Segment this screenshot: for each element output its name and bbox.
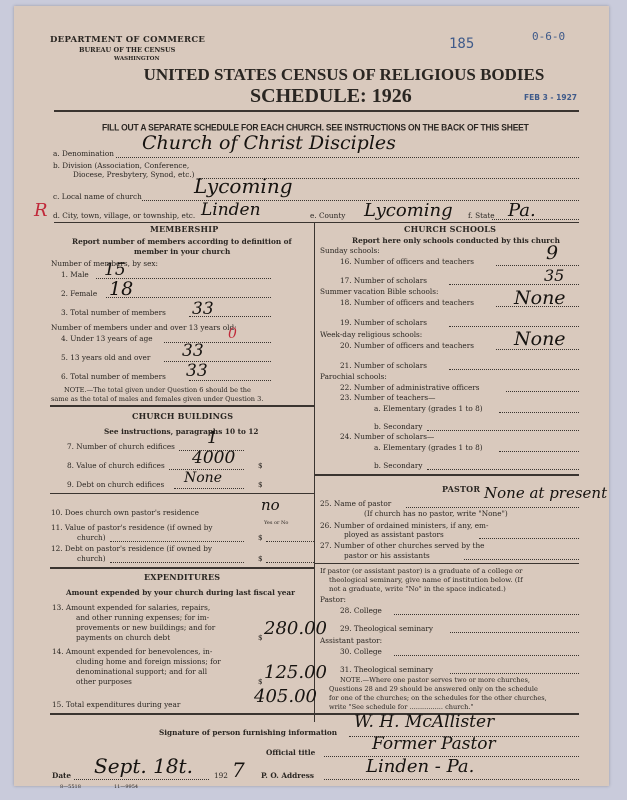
pastor-name-hint: (If church has no pastor, write "None") <box>364 509 508 518</box>
salaries-label: 13. Amount expended for salaries, repair… <box>52 603 215 643</box>
denomination-line <box>116 157 579 158</box>
salaries-label-line: 13. Amount expended for salaries, repair… <box>52 603 215 613</box>
benevolences-field[interactable]: 125.00 <box>264 662 327 683</box>
schools-rule <box>314 474 579 476</box>
pastor-heading: PASTOR <box>442 484 480 494</box>
residence-value-label: 11. Value of pastor's residence (if owne… <box>51 523 213 532</box>
signature-field[interactable]: W. H. McAllister <box>354 712 494 732</box>
signature-label: Signature of person furnishing informati… <box>159 728 337 737</box>
salaries-label-line: payments on church debt <box>52 633 215 643</box>
denomination-field[interactable]: Church of Christ Disciples <box>142 132 396 154</box>
assistant-seminary-label: 31. Theological seminary <box>340 665 433 674</box>
church-name-field[interactable]: Lycoming <box>194 174 293 198</box>
weekday-scholars-label: 21. Number of scholars <box>340 361 427 370</box>
pastor-seminary-label: 29. Theological seminary <box>340 624 433 633</box>
buildings-rule <box>50 493 314 494</box>
expenditures-heading: EXPENDITURES <box>144 572 220 582</box>
po-address-label: P. O. Address <box>261 771 314 780</box>
pastor-name-line <box>406 507 579 508</box>
city-heading: WASHINGTON <box>114 56 159 62</box>
schools-subheading: Report here only schools conducted by th… <box>352 236 560 245</box>
form-title: UNITED STATES CENSUS OF RELIGIOUS BODIES <box>109 65 579 85</box>
owns-residence-field[interactable]: no <box>261 496 280 514</box>
sunday-teachers-label: 16. Number of officers and teachers <box>340 257 474 266</box>
pastor-rule <box>314 563 579 564</box>
scholars-count-label: 24. Number of scholars— <box>340 432 434 441</box>
po-address-line <box>324 779 579 780</box>
sunday-teachers-field[interactable]: 9 <box>546 242 558 264</box>
sunday-teachers-line <box>496 265 579 266</box>
form-code-1: 8—5518 <box>60 784 81 790</box>
summer-teachers-label: 18. Number of officers and teachers <box>340 298 474 307</box>
received-date-stamp: FEB 3 - 1927 <box>524 93 577 102</box>
yes-no-hint: Yes or No <box>264 520 288 526</box>
age-group-label: Number of members under and over 13 year… <box>51 323 237 332</box>
summer-schools-label: Summer vacation Bible schools: <box>320 287 438 296</box>
pastor-note-4: write "See schedule for ................… <box>329 703 474 711</box>
weekday-teachers-field[interactable]: None <box>514 328 566 350</box>
scholars-elementary-field[interactable] <box>499 451 579 452</box>
state-label: f. State <box>468 211 495 220</box>
buildings-subheading: See instructions, paragraphs 10 to 12 <box>104 427 259 436</box>
under-13-label: 4. Under 13 years of age <box>61 334 153 343</box>
male-label: 1. Male <box>61 270 89 279</box>
residence-value-field[interactable] <box>266 541 314 542</box>
teachers-secondary-label: b. Secondary <box>374 422 422 431</box>
year-field[interactable]: 7 <box>232 758 245 782</box>
membership-rule <box>50 405 314 407</box>
total-by-age-label: 6. Total number of members <box>61 372 166 381</box>
other-churches-label: 27. Number of other churches served by t… <box>320 541 484 550</box>
weekday-scholars-field[interactable] <box>449 369 579 370</box>
edifices-value-label: 8. Value of church edifices <box>67 461 165 470</box>
membership-subheading: Report number of members according to de… <box>72 237 292 246</box>
summer-scholars-field[interactable] <box>449 326 579 327</box>
teachers-elementary-field[interactable] <box>499 412 579 413</box>
expenditures-rule <box>50 713 579 715</box>
pastor-subsection-label: Pastor: <box>320 595 346 604</box>
bureau-heading: BUREAU OF THE CENSUS <box>79 46 175 54</box>
salaries-label-line: and other running expenses; for im- <box>52 613 215 623</box>
dollar-sign: $ <box>258 480 263 489</box>
other-churches-label-2: pastor or his assistants <box>344 551 430 560</box>
female-label: 2. Female <box>61 289 97 298</box>
official-title-label: Official title <box>266 748 315 757</box>
city-field[interactable]: Linden <box>201 200 261 220</box>
edifices-debt-line <box>174 488 244 489</box>
admin-officers-label: 22. Number of administrative officers <box>340 383 480 392</box>
benevolences-label-line: denominational support; and for all <box>52 667 221 677</box>
dollar-sign: $ <box>258 461 263 470</box>
weekday-teachers-label: 20. Number of officers and teachers <box>340 341 474 350</box>
form-code: 0-6-0 <box>532 30 565 43</box>
assistant-college-label: 30. College <box>340 647 382 656</box>
membership-note: NOTE.—The total given under Question 6 s… <box>64 386 251 394</box>
owns-residence-label: 10. Does church own pastor's residence <box>51 508 199 517</box>
po-address-field[interactable]: Linden - Pa. <box>366 756 474 777</box>
header-rule <box>54 110 579 112</box>
teachers-count-label: 23. Number of teachers— <box>340 393 435 402</box>
city-label: d. City, town, village, or township, etc… <box>53 211 195 220</box>
dollar-sign: $ <box>258 677 263 686</box>
assistant-ministers-field[interactable] <box>479 538 579 539</box>
sunday-scholars-label: 17. Number of scholars <box>340 276 427 285</box>
membership-heading: MEMBERSHIP <box>150 224 218 234</box>
graduate-instructions-3: not a graduate, write "No" in the space … <box>329 585 506 593</box>
section-rule <box>54 222 579 223</box>
teachers-secondary-field[interactable] <box>427 430 579 431</box>
benevolences-label-line: 14. Amount expended for benevolences, in… <box>52 647 221 657</box>
female-field[interactable]: 18 <box>109 278 133 300</box>
pastor-college-label: 28. College <box>340 606 382 615</box>
division-label-2: Diocese, Presbytery, Synod, etc.) <box>73 170 195 179</box>
pastor-note: NOTE.—Where one pastor serves two or mor… <box>340 676 530 684</box>
summer-teachers-field[interactable]: None <box>514 287 566 309</box>
date-field[interactable]: Sept. 18t. <box>94 754 193 778</box>
over-13-field[interactable]: 33 <box>182 341 204 361</box>
graduate-instructions: If pastor (or assistant pastor) is a gra… <box>320 567 522 575</box>
scholars-secondary-field[interactable] <box>427 469 579 470</box>
under-13-line <box>164 342 271 343</box>
date-line <box>74 779 209 780</box>
edifices-debt-field[interactable]: None <box>184 470 222 486</box>
division-label: b. Division (Association, Conference, <box>53 161 189 170</box>
pastor-note-3: for one of the churches; on the schedule… <box>329 694 547 702</box>
county-field[interactable]: Lycoming <box>364 200 453 221</box>
membership-subheading-2: member in your church <box>134 247 230 256</box>
sunday-scholars-field[interactable]: 35 <box>544 266 564 285</box>
assistant-college-field[interactable] <box>394 655 579 656</box>
residence-value-line <box>110 541 244 542</box>
assistant-pastor-label: Assistant pastor: <box>320 636 382 645</box>
scholars-secondary-label: b. Secondary <box>374 461 422 470</box>
summer-scholars-label: 19. Number of scholars <box>340 318 427 327</box>
pastor-note-2: Questions 28 and 29 should be answered o… <box>329 685 538 693</box>
membership-note-2: same as the total of males and females g… <box>51 395 263 403</box>
buildings-bottom-rule <box>50 567 314 569</box>
pastor-name-label: 25. Name of pastor <box>320 499 391 508</box>
department-heading: DEPARTMENT OF COMMERCE <box>50 35 205 45</box>
graduate-instructions-2: theological seminary, give name of insti… <box>329 576 523 584</box>
pastor-college-field[interactable] <box>394 614 579 615</box>
denomination-label: a. Denomination <box>53 149 114 158</box>
instruction-line: FILL OUT A SEPARATE SCHEDULE FOR EACH CH… <box>102 122 529 133</box>
buildings-heading: CHURCH BUILDINGS <box>132 411 233 421</box>
column-divider <box>314 222 315 722</box>
assistant-ministers-label-2: ployed as assistant pastors <box>344 530 444 539</box>
total-expenditures-field[interactable]: 405.00 <box>254 686 317 707</box>
benevolences-label-line: other purposes <box>52 677 221 687</box>
male-field[interactable]: 15 <box>104 260 126 280</box>
salaries-field[interactable]: 280.00 <box>264 618 327 639</box>
residence-debt-label: 12. Debt on pastor's residence (if owned… <box>51 544 212 553</box>
form-subtitle: SCHEDULE: 1926 <box>250 85 412 108</box>
stamp-number: 185 <box>449 36 474 52</box>
official-title-field[interactable]: Former Pastor <box>372 734 496 754</box>
state-field[interactable]: Pa. <box>508 200 536 221</box>
admin-officers-field[interactable] <box>506 391 579 392</box>
over-13-label: 5. 13 years old and over <box>61 353 150 362</box>
scholars-elementary-label: a. Elementary (grades 1 to 8) <box>374 443 483 452</box>
residence-value-label-2: church) <box>77 533 106 542</box>
dollar-sign: $ <box>258 633 263 642</box>
edifices-count-field[interactable]: 1 <box>207 428 218 448</box>
benevolences-label: 14. Amount expended for benevolences, in… <box>52 647 221 687</box>
schools-heading: CHURCH SCHOOLS <box>404 224 496 234</box>
county-label: e. County <box>310 211 345 220</box>
parochial-schools-label: Parochial schools: <box>320 372 387 381</box>
pastor-seminary-field[interactable] <box>450 632 579 633</box>
assistant-seminary-field[interactable] <box>450 673 579 674</box>
margin-mark: R <box>34 200 48 221</box>
church-name-label: c. Local name of church <box>53 192 142 201</box>
residence-debt-line <box>110 562 244 563</box>
edifices-value-field[interactable]: 4000 <box>192 448 235 468</box>
total-by-age-field[interactable]: 33 <box>186 361 208 381</box>
other-churches-field[interactable] <box>464 559 579 560</box>
under-13-field[interactable]: 0 <box>228 326 237 342</box>
expenditures-subheading: Amount expended by your church during la… <box>66 588 295 597</box>
benevolences-label-line: cluding home and foreign missions; for <box>52 657 221 667</box>
sunday-schools-label: Sunday schools: <box>320 246 380 255</box>
census-schedule-form: DEPARTMENT OF COMMERCE BUREAU OF THE CEN… <box>14 6 609 786</box>
weekday-schools-label: Week-day religious schools: <box>320 330 422 339</box>
salaries-label-line: provements or new buildings; and for <box>52 623 215 633</box>
dollar-sign: $ <box>258 533 263 542</box>
teachers-elementary-label: a. Elementary (grades 1 to 8) <box>374 404 483 413</box>
date-label: Date <box>52 771 71 780</box>
total-members-label: 3. Total number of members <box>61 308 166 317</box>
residence-debt-field[interactable] <box>266 562 314 563</box>
total-members-field[interactable]: 33 <box>192 299 214 319</box>
total-expenditures-label: 15. Total expenditures during year <box>52 700 180 709</box>
year-prefix: 192 <box>214 771 228 780</box>
edifices-count-label: 7. Number of church edifices <box>67 442 175 451</box>
pastor-name-field[interactable]: None at present <box>484 484 607 502</box>
dollar-sign: $ <box>258 554 263 563</box>
form-code-2: 11—9954 <box>114 784 138 790</box>
state-line <box>492 219 579 220</box>
edifices-debt-label: 9. Debt on church edifices <box>67 480 164 489</box>
residence-debt-label-2: church) <box>77 554 106 563</box>
over-13-line <box>164 361 271 362</box>
assistant-ministers-label: 26. Number of ordained ministers, if any… <box>320 521 488 530</box>
